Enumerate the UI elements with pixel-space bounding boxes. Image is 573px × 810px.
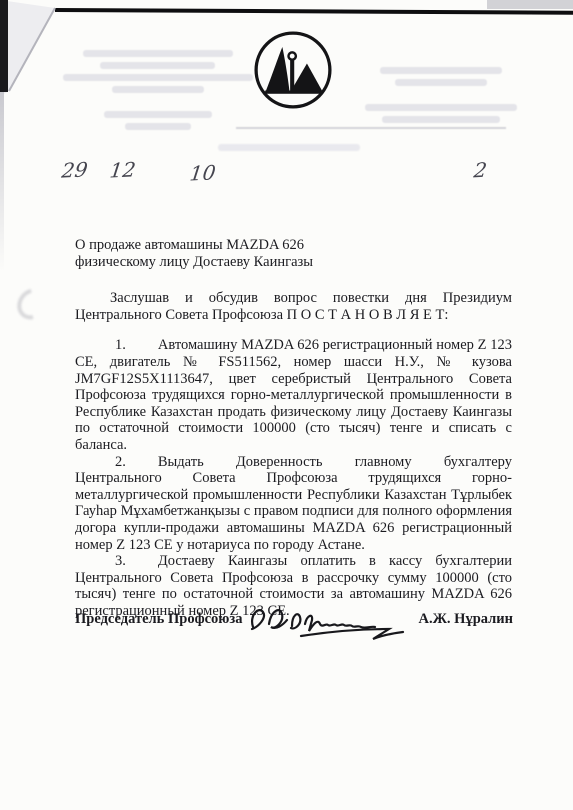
paragraph-1-text: Автомашину MAZDA 626 регистрационный ном… [75,337,512,453]
scan-top-edge-line [55,8,573,15]
scanned-document-page: 29 12 10 2 О продаже автомашины MAZDA 62… [0,0,573,810]
letterhead-divider-line [236,127,506,129]
mountain-emblem-icon [252,29,334,111]
handwritten-date-month: 12 [108,157,137,182]
handwritten-row: 29 12 10 2 [0,158,573,188]
subject-line-2: физическому лицу Достаеву Каингазы [75,254,512,271]
paragraph-3-number: 3. [115,553,158,569]
subject-line-1: О продаже автомашины MAZDA 626 [75,237,512,254]
preamble-paragraph: Заслушав и обсудив вопрос повестки дня П… [75,290,512,323]
document-body: О продаже автомашины MAZDA 626 физическо… [75,237,512,619]
signatory-name: А.Ж. Нұралин [418,599,513,628]
letterhead-center-illegible-text [218,144,360,151]
letterhead-left-illegible-text [55,45,260,135]
signature-row: Председатель Профсоюза А.Ж. Нұралин [75,599,513,643]
paragraph-2-number: 2. [115,454,158,470]
scan-edge-shadow [487,0,573,9]
handwritten-date-day: 29 [60,157,89,182]
document-subject: О продаже автомашины MAZDA 626 физическо… [75,237,512,270]
handwritten-date-year: 10 [188,160,217,185]
paper-smudge [11,283,52,325]
signature-role: Председатель Профсоюза [75,599,242,628]
resolution-paragraph-1: 1.Автомашину MAZDA 626 регистрационный н… [75,337,512,453]
letterhead-right-illegible-text [348,62,533,128]
signature-ink [245,599,415,643]
handwritten-sheet-number: 2 [472,158,488,183]
paragraph-1-number: 1. [115,337,158,353]
resolution-paragraph-2: 2.Выдать Доверенность главному бухгалтер… [75,454,512,554]
